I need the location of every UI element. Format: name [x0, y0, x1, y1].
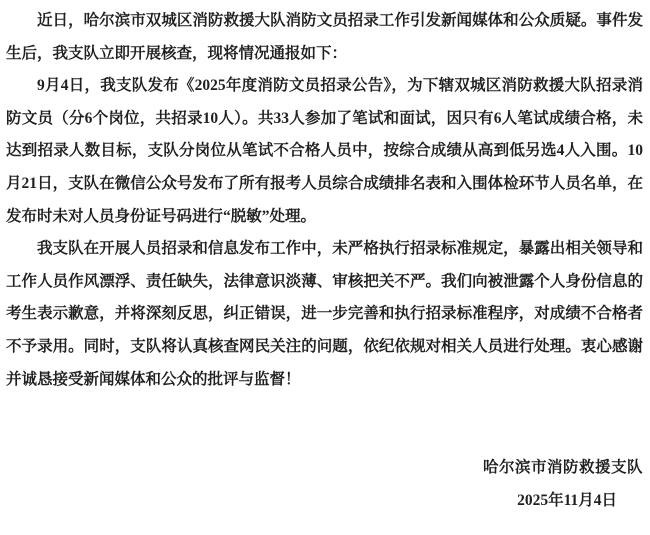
- notice-paragraph-recruitment-facts: 9月4日，我支队发布《2025年度消防文员招录公告》，为下辖双城区消防救援大队招…: [6, 70, 643, 233]
- notice-paragraph-apology-measures: 我支队在开展人员招录和信息发布工作中，未严格执行招录标准规定，暴露出相关领导和工…: [6, 233, 643, 396]
- signature-block: 哈尔滨市消防救援支队 2025年11月4日: [6, 452, 643, 517]
- official-notice-page: 近日，哈尔滨市双城区消防救援大队消防文员招录工作引发新闻媒体和公众质疑。事件发生…: [0, 0, 650, 535]
- issuing-authority: 哈尔滨市消防救援支队: [6, 452, 643, 485]
- issue-date: 2025年11月4日: [6, 485, 643, 518]
- notice-paragraph-intro: 近日，哈尔滨市双城区消防救援大队消防文员招录工作引发新闻媒体和公众质疑。事件发生…: [6, 5, 643, 70]
